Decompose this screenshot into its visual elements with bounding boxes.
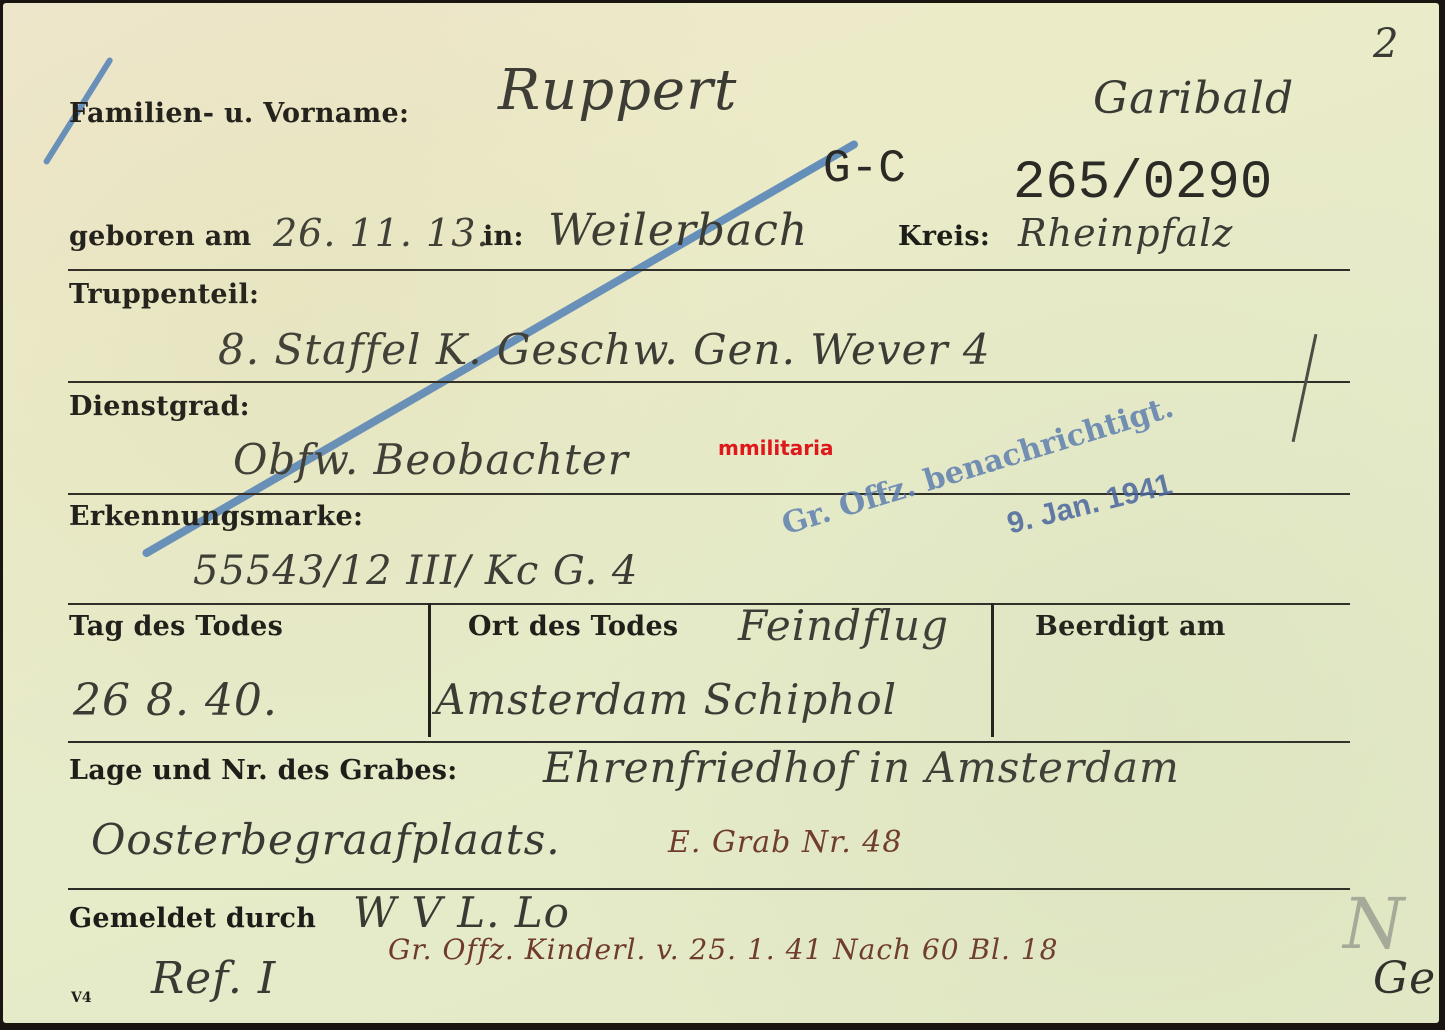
birth-date-value: 26. 11. 13.	[273, 211, 489, 255]
death-place-value-line1: Feindflug	[738, 601, 949, 650]
district-label: Kreis:	[898, 221, 990, 252]
notified-stamp-line1: Gr. Offz. benachrichtigt.	[778, 390, 1178, 543]
grave-number-value: E. Grab Nr. 48	[668, 825, 902, 860]
grave-label: Lage und Nr. des Grabes:	[69, 755, 458, 786]
given-name-value: Garibald	[1093, 73, 1294, 124]
rule-line	[68, 888, 1350, 890]
rule-line	[68, 381, 1350, 383]
death-place-value-line2: Amsterdam Schiphol	[435, 675, 897, 724]
watermark-text: mmilitaria	[718, 436, 834, 460]
id-tag-label: Erkennungsmarke:	[69, 501, 363, 532]
burial-date-label: Beerdigt am	[1035, 611, 1226, 642]
death-date-label: Tag des Todes	[69, 611, 283, 642]
unit-label: Truppenteil:	[69, 279, 259, 310]
reference-value: Ref. I	[151, 953, 276, 1004]
file-reference-prefix: G-C	[823, 143, 906, 195]
rank-value: Obfw. Beobachter	[233, 435, 629, 484]
district-value: Rheinpfalz	[1018, 211, 1233, 255]
grave-value-line2: Oosterbegraafplaats.	[91, 815, 561, 864]
personnel-death-record-card: 2 Familien- u. Vorname: Ruppert Garibald…	[3, 3, 1439, 1023]
rank-label: Dienstgrad:	[69, 391, 250, 422]
column-divider	[991, 603, 994, 737]
initials-value: Ge	[1373, 953, 1436, 1004]
reported-note-value: Gr. Offz. Kinderl. v. 25. 1. 41 Nach 60 …	[388, 933, 1058, 966]
rule-line	[68, 603, 1350, 605]
notified-stamp-date: 9. Jan. 1941	[1004, 468, 1176, 542]
column-divider	[428, 603, 431, 737]
file-reference-number: 265/0290	[1013, 153, 1272, 214]
reported-by-value: W V L. Lo	[353, 888, 570, 937]
corner-number: 2	[1373, 21, 1399, 67]
pen-bracket-stroke	[1292, 334, 1318, 442]
birth-place-label: in:	[483, 221, 524, 252]
birth-place-value: Weilerbach	[548, 205, 808, 256]
rule-line	[68, 269, 1350, 271]
grave-value-line1: Ehrenfriedhof in Amsterdam	[543, 743, 1180, 792]
surname-value: Ruppert	[498, 58, 737, 123]
name-label: Familien- u. Vorname:	[69, 98, 409, 129]
death-place-label: Ort des Todes	[468, 611, 678, 642]
death-date-value: 26 8. 40.	[73, 675, 278, 726]
unit-value: 8. Staffel K. Geschw. Gen. Wever 4	[218, 325, 991, 374]
reported-by-label: Gemeldet durch	[69, 903, 316, 934]
id-tag-value: 55543/12 III/ Kc G. 4	[193, 548, 638, 594]
form-code: V4	[71, 990, 92, 1006]
birth-date-label: geboren am	[69, 221, 251, 252]
